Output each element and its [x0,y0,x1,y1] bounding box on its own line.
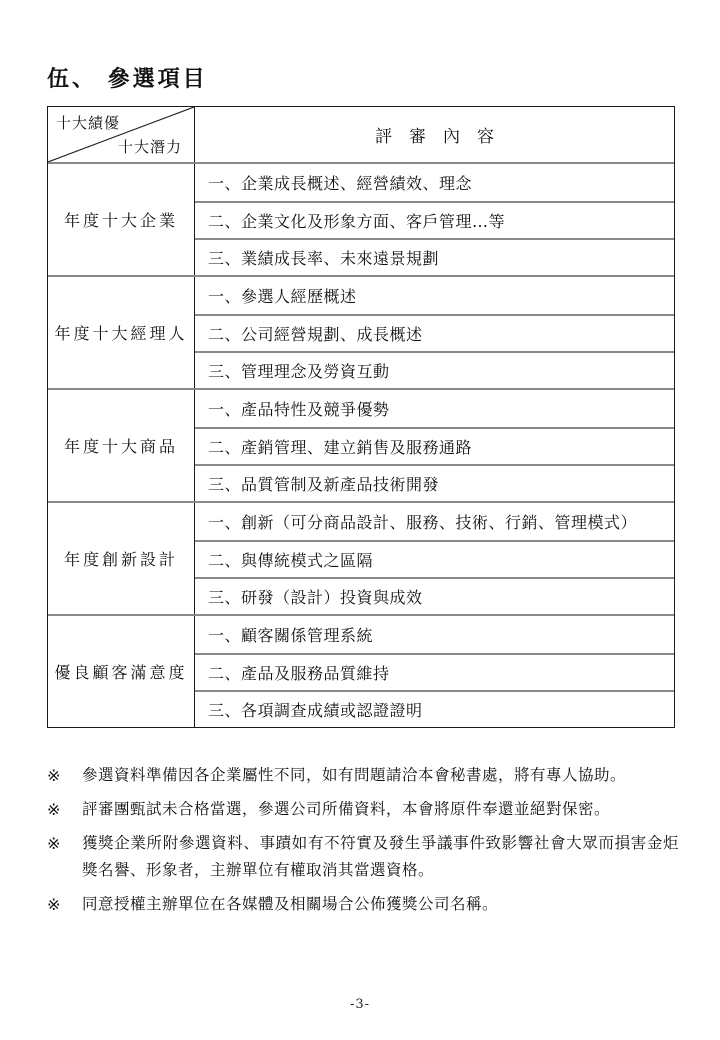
criteria-table: 十大績優 十大潛力 評 審 內 容 年度十大企業 一、企業成長概述、經營績效、理… [47,106,675,728]
table-header-row: 十大績優 十大潛力 評 審 內 容 [48,107,674,164]
table-group-top10-enterprise: 年度十大企業 一、企業成長概述、經營績效、理念 二、企業文化及形象方面、客戶管理… [48,164,674,275]
category-cell: 年度十大企業 [48,164,195,275]
criteria-item: 三、業績成長率、未來遠景規劃 [195,238,674,275]
criteria-item: 二、與傳統模式之區隔 [195,540,674,577]
items-cell: 一、參選人經歷概述 二、公司經營規劃、成長概述 三、管理理念及勞資互動 [195,277,674,388]
items-cell: 一、企業成長概述、經營績效、理念 二、企業文化及形象方面、客戶管理…等 三、業績… [195,164,674,275]
note-marker: ※ [47,830,82,884]
note-row: ※ 獲獎企業所附參選資料、事蹟如有不符實及發生爭議事件致影響社會大眾而損害金炬獎… [47,830,679,884]
criteria-item: 一、顧客關係管理系統 [195,616,674,653]
items-cell: 一、產品特性及競爭優勢 二、產銷管理、建立銷售及服務通路 三、品質管制及新產品技… [195,390,674,501]
criteria-item: 二、公司經營規劃、成長概述 [195,314,674,351]
criteria-item: 一、企業成長概述、經營績效、理念 [195,164,674,201]
document-page: 伍、 參選項目 十大績優 十大潛力 評 審 內 容 年度十大企業 一、企業成長概… [0,0,720,1040]
table-group-top10-manager: 年度十大經理人 一、參選人經歷概述 二、公司經營規劃、成長概述 三、管理理念及勞… [48,275,674,388]
note-marker: ※ [47,762,82,789]
table-corner-cell: 十大績優 十大潛力 [48,107,195,162]
column-header-review-content: 評 審 內 容 [195,107,674,162]
criteria-item: 二、企業文化及形象方面、客戶管理…等 [195,201,674,238]
note-text: 獲獎企業所附參選資料、事蹟如有不符實及發生爭議事件致影響社會大眾而損害金炬獎名譽… [82,830,679,884]
notes-section: ※ 參選資料準備因各企業屬性不同，如有問題請洽本會秘書處，將有專人協助。 ※ 評… [47,762,679,925]
criteria-item: 三、品質管制及新產品技術開發 [195,464,674,501]
criteria-item: 二、產銷管理、建立銷售及服務通路 [195,427,674,464]
corner-label-top: 十大績優 [56,112,120,133]
criteria-item: 三、各項調查成績或認證證明 [195,690,674,727]
page-number: -3- [0,997,720,1012]
criteria-item: 三、研發（設計）投資與成效 [195,577,674,614]
items-cell: 一、顧客關係管理系統 二、產品及服務品質維持 三、各項調查成績或認證證明 [195,616,674,727]
note-marker: ※ [47,796,82,823]
category-cell: 年度十大商品 [48,390,195,501]
category-cell: 年度十大經理人 [48,277,195,388]
corner-label-bottom: 十大潛力 [118,136,182,157]
table-group-top10-product: 年度十大商品 一、產品特性及競爭優勢 二、產銷管理、建立銷售及服務通路 三、品質… [48,388,674,501]
note-text: 參選資料準備因各企業屬性不同，如有問題請洽本會秘書處，將有專人協助。 [82,762,679,789]
category-cell: 優良顧客滿意度 [48,616,195,727]
criteria-item: 一、產品特性及競爭優勢 [195,390,674,427]
criteria-item: 一、參選人經歷概述 [195,277,674,314]
criteria-item: 三、管理理念及勞資互動 [195,351,674,388]
note-text: 同意授權主辦單位在各媒體及相關場合公佈獲獎公司名稱。 [82,891,679,918]
note-row: ※ 參選資料準備因各企業屬性不同，如有問題請洽本會秘書處，將有專人協助。 [47,762,679,789]
items-cell: 一、創新（可分商品設計、服務、技術、行銷、管理模式） 二、與傳統模式之區隔 三、… [195,503,674,614]
note-marker: ※ [47,891,82,918]
table-group-innovation-design: 年度創新設計 一、創新（可分商品設計、服務、技術、行銷、管理模式） 二、與傳統模… [48,501,674,614]
note-row: ※ 同意授權主辦單位在各媒體及相關場合公佈獲獎公司名稱。 [47,891,679,918]
page-title: 伍、 參選項目 [47,62,208,93]
table-group-customer-satisfaction: 優良顧客滿意度 一、顧客關係管理系統 二、產品及服務品質維持 三、各項調查成績或… [48,614,674,727]
criteria-item: 一、創新（可分商品設計、服務、技術、行銷、管理模式） [195,503,674,540]
note-text: 評審團甄試未合格當選，參選公司所備資料，本會將原件奉還並絕對保密。 [82,796,679,823]
note-row: ※ 評審團甄試未合格當選，參選公司所備資料，本會將原件奉還並絕對保密。 [47,796,679,823]
criteria-item: 二、產品及服務品質維持 [195,653,674,690]
category-cell: 年度創新設計 [48,503,195,614]
